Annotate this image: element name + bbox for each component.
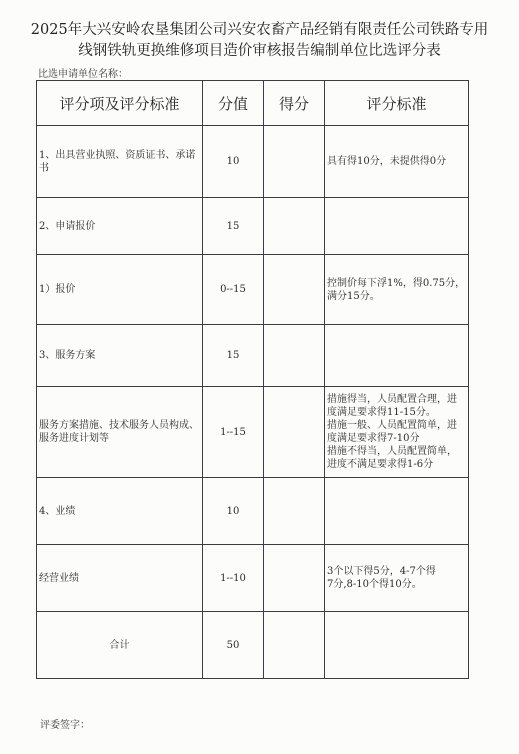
- row-item: 1）报价: [37, 255, 203, 325]
- row-value: 15: [203, 198, 264, 255]
- row-value: 15: [203, 325, 264, 387]
- reviewer-signature-label: 评委签字：: [40, 716, 90, 731]
- row-item: 经营业绩: [37, 545, 203, 612]
- row-score-cell[interactable]: [264, 198, 325, 255]
- table-row: 1、出具营业执照、资质证书、承诺书 10 具有得10分，未提供得0分: [37, 126, 469, 198]
- table-row: 2、申请报价 15: [37, 198, 469, 255]
- row-item: 3、服务方案: [37, 325, 203, 387]
- row-item: 服务方案措施、技术服务人员构成、服务进度计划等: [37, 387, 203, 478]
- row-item: 1、出具营业执照、资质证书、承诺书: [37, 126, 203, 198]
- row-value: 10: [203, 126, 264, 198]
- document-title: 2025年大兴安岭农垦集团公司兴安农畜产品经销有限责任公司铁路专用 线钢铁轨更换…: [0, 20, 519, 62]
- table-row: 3、服务方案 15: [37, 325, 469, 387]
- row-value: 0--15: [203, 255, 264, 325]
- row-score-cell[interactable]: [264, 545, 325, 612]
- row-standard: [325, 198, 469, 255]
- row-standard: 具有得10分，未提供得0分: [325, 126, 469, 198]
- applicant-name-label: 比选申请单位名称：: [38, 65, 128, 80]
- table-row: 经营业绩 1--10 3个以下得5分，4-7个得 7分,8-10个得10分。: [37, 545, 469, 612]
- header-score: 得分: [264, 81, 325, 126]
- header-standard: 评分标准: [325, 81, 469, 126]
- table-row: 4、业绩 10: [37, 478, 469, 545]
- row-standard: 措施得当，人员配置合理，进度满足要求得11-15分。 措施一般、人员配置简单，进…: [325, 387, 469, 478]
- table-row: 1）报价 0--15 控制价每下浮1%，得0.75分，满分15分。: [37, 255, 469, 325]
- row-score-cell[interactable]: [264, 387, 325, 478]
- row-standard: 3个以下得5分，4-7个得 7分,8-10个得10分。: [325, 545, 469, 612]
- row-score-cell[interactable]: [264, 478, 325, 545]
- header-value: 分值: [203, 81, 264, 126]
- row-item: 4、业绩: [37, 478, 203, 545]
- row-standard: [325, 325, 469, 387]
- row-standard: [325, 478, 469, 545]
- row-score-cell[interactable]: [264, 255, 325, 325]
- total-standard: [325, 612, 469, 679]
- table-header-row: 评分项及评分标准 分值 得分 评分标准: [37, 81, 469, 126]
- total-value: 50: [203, 612, 264, 679]
- row-score-cell[interactable]: [264, 325, 325, 387]
- table-row: 服务方案措施、技术服务人员构成、服务进度计划等 1--15 措施得当，人员配置合…: [37, 387, 469, 478]
- row-standard: 控制价每下浮1%，得0.75分，满分15分。: [325, 255, 469, 325]
- row-value: 1--15: [203, 387, 264, 478]
- row-score-cell[interactable]: [264, 126, 325, 198]
- table-total-row: 合计 50: [37, 612, 469, 679]
- scoring-table: 评分项及评分标准 分值 得分 评分标准 1、出具营业执照、资质证书、承诺书 10…: [36, 80, 469, 679]
- total-label: 合计: [37, 612, 203, 679]
- title-line-2: 线钢铁轨更换维修项目造价审核报告编制单位比选评分表: [0, 41, 519, 62]
- header-item: 评分项及评分标准: [37, 81, 203, 126]
- total-score-cell[interactable]: [264, 612, 325, 679]
- row-item: 2、申请报价: [37, 198, 203, 255]
- title-line-1: 2025年大兴安岭农垦集团公司兴安农畜产品经销有限责任公司铁路专用: [0, 20, 519, 41]
- row-value: 1--10: [203, 545, 264, 612]
- row-value: 10: [203, 478, 264, 545]
